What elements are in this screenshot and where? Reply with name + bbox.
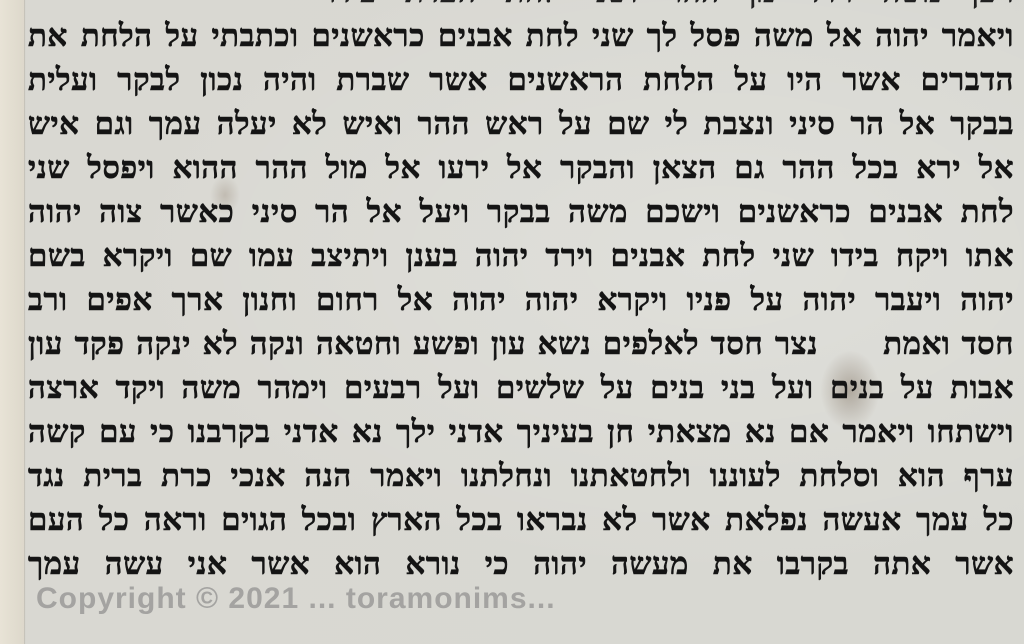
scroll-line: ויפן משה וירד מן ההר ושני לחת העדת בידו	[328, 0, 1014, 12]
scroll-line: נצר חסד לאלפים נשא עון ופשע וחטאה ונקה ל…	[28, 324, 818, 364]
scroll-line: כל עמך אעשה נפלאת אשר לא נבראו בכל הארץ …	[28, 500, 1014, 540]
scroll-line: לחת אבנים כראשנים וישכם משה בבקר ויעל אל…	[28, 192, 1014, 232]
scroll-line: חסד ואמת	[858, 324, 1014, 364]
scroll-line: ויאמר יהוה אל משה פסל לך שני לחת אבנים כ…	[28, 16, 1014, 56]
scroll-line: אל ירא בכל ההר גם הצאן והבקר אל ירעו אל …	[28, 148, 1014, 188]
scroll-line: אשר אתה בקרבו את מעשה יהוה כי נורא הוא א…	[28, 544, 1014, 584]
scroll-line: בבקר אל הר סיני ונצבת לי שם על ראש ההר ו…	[28, 104, 1014, 144]
scroll-line: וישתחו ויאמר אם נא מצאתי חן בעיניך אדני …	[28, 412, 1014, 452]
scroll-line: יהוה ויעבר יהוה על פניו ויקרא יהוה יהוה …	[28, 280, 1014, 320]
scroll-line: אבות על בנים ועל בני בנים על שלשים ועל ר…	[28, 368, 1014, 408]
scroll-line: אתו ויקח בידו שני לחת אבנים וירד יהוה בע…	[28, 236, 1014, 276]
scroll-line: ערף הוא וסלחת לעוננו ולחטאתנו ונחלתנו וי…	[28, 456, 1014, 496]
left-margin-seam	[0, 0, 25, 644]
torah-column: ויפן משה וירד מן ההר ושני לחת העדת בידו …	[28, 0, 1014, 644]
scroll-line: הדברים אשר היו על הלחת הראשנים אשר שברת …	[28, 60, 1014, 100]
copyright-watermark: Copyright © 2021 ... toramonims...	[36, 582, 556, 616]
